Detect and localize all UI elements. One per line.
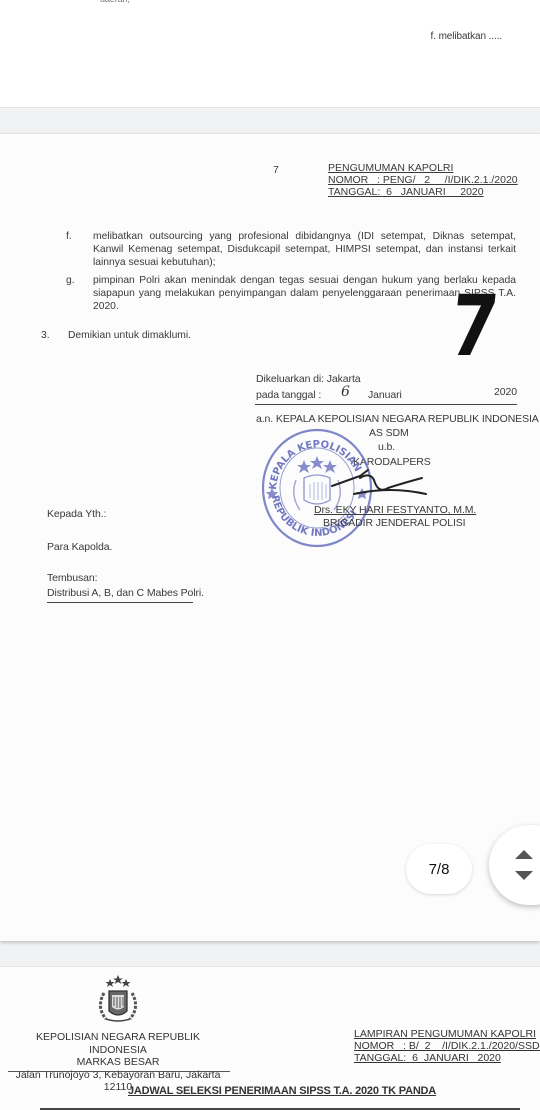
attachment-nomor: NOMOR : B/ 2 /I/DIK.2.1./2020/SSDM — [354, 1040, 540, 1052]
copy-underline — [47, 602, 193, 603]
closing-text: Demikian untuk dimaklumi. — [68, 329, 191, 342]
page-number: 7 — [273, 164, 279, 176]
signature-icon — [330, 464, 440, 504]
header-tanggal: TANGGAL: 6 JANUARI 2020 — [328, 186, 518, 198]
next-page: KEPOLISIAN NEGARA REPUBLIK INDONESIA MAR… — [0, 966, 540, 1110]
issued-date-label: pada tanggal : — [256, 389, 321, 401]
attachment-tanggal: TANGGAL: 6 JANUARI 2020 — [354, 1052, 540, 1064]
signature-divider — [255, 404, 517, 405]
signatory-ub: u.b. — [378, 441, 395, 453]
arrow-down-icon — [515, 871, 533, 880]
header-nomor: NOMOR : PENG/ 2 /I/DIK.2.1./2020 — [328, 174, 518, 186]
closing-label: 3. — [41, 329, 50, 342]
arrow-up-icon — [515, 850, 533, 859]
previous-page-continuation: f. melibatkan ..... — [431, 31, 502, 42]
item-text: melibatkan outsourcing yang profesional … — [93, 230, 516, 269]
issued-year: 2020 — [494, 386, 517, 398]
header-title: PENGUMUMAN KAPOLRI — [328, 162, 518, 174]
signatory-unit: AS SDM — [369, 427, 409, 439]
item-g: g. pimpinan Polri akan menindak dengan t… — [66, 274, 516, 302]
page-counter: 7/8 — [406, 844, 472, 894]
org-unit: MARKAS BESAR — [8, 1056, 228, 1069]
schedule-title: JADWAL SELEKSI PENERIMAAN SIPSS T.A. 202… — [128, 1085, 436, 1097]
org-name: KEPOLISIAN NEGARA REPUBLIK INDONESIA — [8, 1031, 228, 1056]
issued-day: 6 — [341, 384, 350, 400]
handwritten-page-mark: 7 — [446, 284, 502, 368]
attachment-header: LAMPIRAN PENGUMUMAN KAPOLRI NOMOR : B/ 2… — [354, 1028, 540, 1064]
current-page: 7 PENGUMUMAN KAPOLRI NOMOR : PENG/ 2 /I/… — [0, 133, 540, 941]
item-label: f. — [66, 230, 72, 243]
recipients-label: Kepada Yth.: — [47, 508, 106, 520]
item-f: f. melibatkan outsourcing yang profesion… — [66, 230, 516, 270]
closing-item: 3. Demikian untuk dimaklumi. — [41, 329, 241, 343]
signatory-name: Drs. EKY HARI FESTYANTO, M.M. — [314, 504, 476, 516]
attachment-title: LAMPIRAN PENGUMUMAN KAPOLRI — [354, 1028, 540, 1040]
previous-page-cut-text: daerah; — [100, 0, 130, 4]
police-emblem-icon — [90, 975, 146, 1023]
issued-month: Januari — [368, 389, 402, 401]
copy-label: Tembusan: — [47, 572, 97, 584]
recipients-value: Para Kapolda. — [47, 541, 112, 553]
document-header: PENGUMUMAN KAPOLRI NOMOR : PENG/ 2 /I/DI… — [328, 162, 518, 198]
org-underline — [8, 1071, 230, 1072]
signatory-rank: BRIGADIR JENDERAL POLISI — [323, 517, 466, 529]
previous-page: daerah; f. melibatkan ..... — [0, 0, 540, 108]
copy-value: Distribusi A, B, dan C Mabes Polri. — [47, 587, 204, 599]
item-label: g. — [66, 274, 75, 287]
